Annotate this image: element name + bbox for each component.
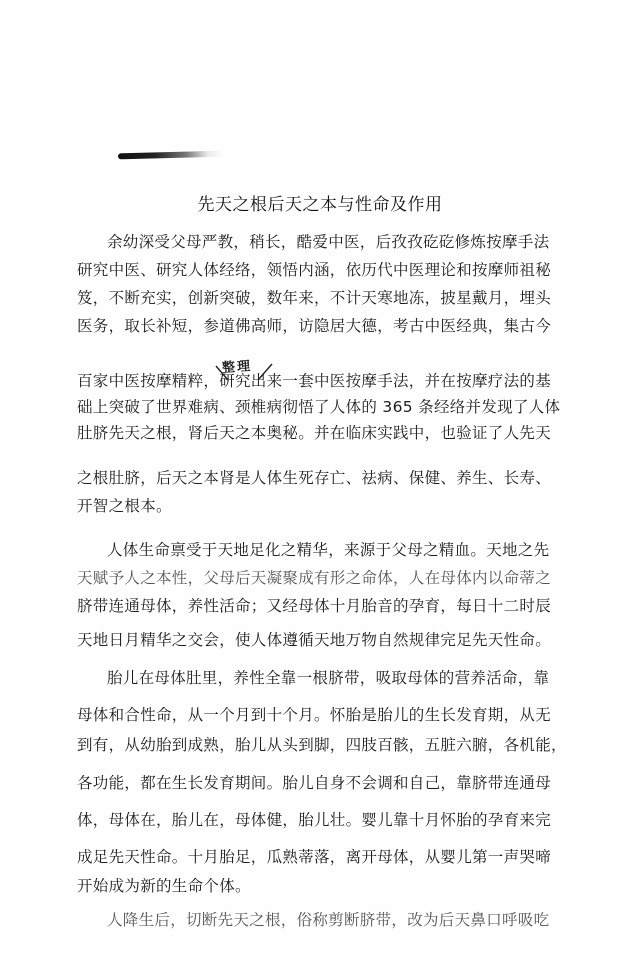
paragraph-2-line-4: 天地日月精华之交会，使人体遵循天地万物自然规律完足先天性命。 xyxy=(77,628,597,650)
paragraph-1-line-2: 研究中医、研究人体经络，领悟内涵，依历代中医理论和按摩师祖秘 xyxy=(77,258,597,280)
paragraph-3-line-3: 到有，从幼胎到成熟，胎儿从头到脚，四肢百骸，五脏六腑，各机能， xyxy=(77,733,597,755)
paragraph-1-line-3: 笈，不断充实，创新突破，数年来，不计天寒地冻，披星戴月，埋头 xyxy=(77,286,597,308)
paragraph-1-line-4: 医务，取长补短，参道佛高师，访隐居大德，考古中医经典，集古今 xyxy=(77,314,597,336)
paragraph-2-line-3: 脐带连通母体，养性活命；又经母体十月胎音的孕育，每日十二时辰 xyxy=(77,594,597,616)
paragraph-3-line-4: 各功能，都在生长发育期间。胎儿自身不会调和自己，靠脐带连通母 xyxy=(77,771,597,793)
paragraph-2-line-1: 人体生命禀受于天地足化之精华，来源于父母之精血。天地之先 xyxy=(107,538,597,560)
scanned-document-page: 先天之根后天之本与性命及作用 余幼深受父母严教，稍长，酷爱中医，后孜孜矻矻修炼按… xyxy=(0,0,640,967)
paragraph-3-line-2: 母体和合性命，从一个月到十个月。怀胎是胎儿的生长发育期，从无 xyxy=(77,703,597,725)
paragraph-1-line-7: 肚脐先天之根，肾后天之本奥秘。并在临床实践中，也验证了人先天 xyxy=(77,421,597,443)
paragraph-3-line-7: 开始成为新的生命个体。 xyxy=(77,874,597,896)
paragraph-1-line-9: 开智之根本。 xyxy=(77,494,597,516)
document-title: 先天之根后天之本与性命及作用 xyxy=(0,190,640,215)
paragraph-1-line-8: 之根肚脐，后天之本肾是人体生死存亡、祛病、保健、养生、长寿、 xyxy=(77,466,597,488)
paragraph-1-line-1: 余幼深受父母严教，稍长，酷爱中医，后孜孜矻矻修炼按摩手法 xyxy=(107,230,597,252)
paragraph-2-line-2: 天赋予人之本性，父母后天凝聚成有形之命体，人在母体内以命蒂之 xyxy=(77,566,597,588)
paragraph-1-line-6: 础上突破了世界难病、颈椎病彻悟了人体的 365 条经络并发现了人体 xyxy=(77,395,597,417)
paragraph-4-line-1: 人降生后，切断先天之根，俗称剪断脐带，改为后天鼻口呼吸吃 xyxy=(107,908,597,930)
paragraph-3-line-1: 胎儿在母体肚里，养性全靠一根脐带，吸取母体的营养活命，靠 xyxy=(107,666,597,688)
insertion-caret-mark xyxy=(214,362,274,382)
ink-smudge-mark xyxy=(118,151,223,160)
paragraph-3-line-6: 成足先天性命。十月胎足，瓜熟蒂落，离开母体，从婴儿第一声哭啼 xyxy=(77,845,597,867)
paragraph-3-line-5: 体，母体在，胎儿在，母体健，胎儿壮。婴儿靠十月怀胎的孕育来完 xyxy=(77,808,597,830)
paragraph-1-line-5: 百家中医按摩精粹，研究出来一套中医按摩手法，并在按摩疗法的基 xyxy=(77,369,597,391)
